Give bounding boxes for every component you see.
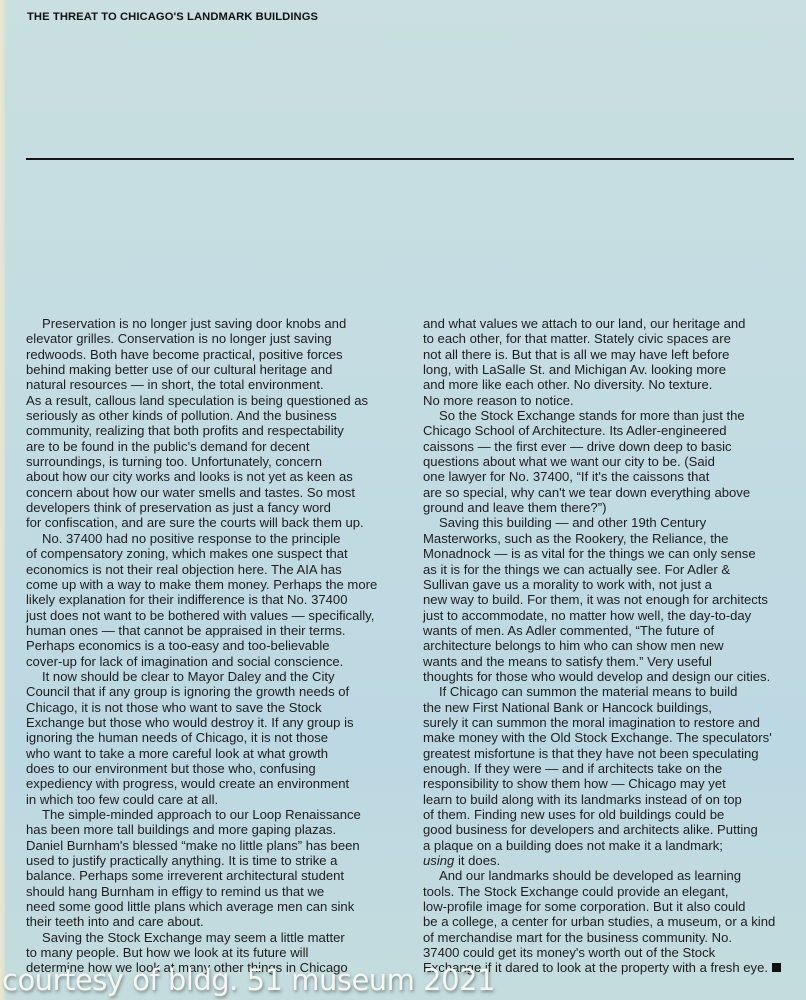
text-fragment: human ones — that cannot be appraised in…: [26, 623, 346, 638]
text-line: balance. Perhaps some irreverent archite…: [26, 868, 398, 883]
text-fragment: as it is for the things we can actually …: [423, 562, 730, 577]
paragraph-start-line: No. 37400 had no positive response to th…: [26, 531, 398, 546]
text-line: wants and the means to satisfy them.” Ve…: [423, 654, 795, 669]
text-line: make money with the Old Stock Exchange. …: [423, 730, 795, 745]
end-of-article-square-icon: [772, 963, 781, 972]
text-fragment: Saving this building — and other 19th Ce…: [439, 515, 706, 530]
text-fragment: are to be found in the public's demand f…: [26, 439, 309, 454]
text-fragment: behind making better use of our cultural…: [26, 362, 332, 377]
text-line: concern about how our water smells and t…: [26, 485, 398, 500]
paragraph-start-line: It now should be clear to Mayor Daley an…: [26, 669, 398, 684]
text-fragment: has been more tall buildings and more ga…: [26, 822, 336, 837]
text-line: of merchandise mart for the business com…: [423, 930, 795, 945]
text-line: Monadnock — is as vital for the things w…: [423, 546, 795, 561]
text-fragment: Exchange but those who would destroy it.…: [26, 715, 354, 730]
paragraph-start-line: Saving this building — and other 19th Ce…: [423, 515, 795, 530]
paragraph-start-line: The simple-minded approach to our Loop R…: [26, 807, 398, 822]
text-fragment: Perhaps economics is a too-easy and too-…: [26, 638, 330, 653]
text-fragment: community, realizing that both profits a…: [26, 423, 344, 438]
text-line: surroundings, is turning too. Unfortunat…: [26, 454, 398, 469]
text-fragment: not all there is. But that is all we may…: [423, 347, 729, 362]
text-line: of compensatory zoning, which makes one …: [26, 546, 398, 561]
text-fragment: who want to take a more careful look at …: [26, 746, 328, 761]
text-line: about how our city works and looks is no…: [26, 469, 398, 484]
text-line: community, realizing that both profits a…: [26, 423, 398, 438]
text-line: likely explanation for their indifferenc…: [26, 592, 398, 607]
text-fragment: the new First National Bank or Hancock b…: [423, 700, 712, 715]
text-line: new way to build. For them, it was not e…: [423, 592, 795, 607]
text-fragment: and more like each other. No diversity. …: [423, 377, 712, 392]
text-fragment: Monadnock — is as vital for the things w…: [423, 546, 756, 561]
text-line: the new First National Bank or Hancock b…: [423, 700, 795, 715]
text-line: does to our environment but those who, c…: [26, 761, 398, 776]
text-fragment: tools. The Stock Exchange could provide …: [423, 884, 728, 899]
text-line: for confiscation, and are sure the court…: [26, 515, 398, 530]
text-fragment: Council that if any group is ignoring th…: [26, 684, 349, 699]
text-fragment: to each other, for that matter. Stately …: [423, 331, 731, 346]
article-column-right: and what values we attach to our land, o…: [423, 316, 795, 976]
text-fragment: Saving the Stock Exchange may seem a lit…: [42, 930, 345, 945]
text-fragment: architecture belongs to him who can show…: [423, 638, 724, 653]
text-fragment: balance. Perhaps some irreverent archite…: [26, 868, 344, 883]
text-fragment: enough. If they were — and if architects…: [423, 761, 722, 776]
text-fragment: surroundings, is turning too. Unfortunat…: [26, 454, 322, 469]
text-fragment: just to accommodate, no matter how well,…: [423, 608, 751, 623]
text-fragment: be a college, a center for urban studies…: [423, 914, 775, 929]
text-line: and more like each other. No diversity. …: [423, 377, 795, 392]
text-fragment: responsibility to show them how — Chicag…: [423, 776, 726, 791]
text-line: greatest misfortune is that they have no…: [423, 746, 795, 761]
text-fragment: economics is not their real objection he…: [26, 562, 342, 577]
text-line: surely it can summon the moral imaginati…: [423, 715, 795, 730]
page-edge: [0, 0, 6, 1000]
text-line: developers think of preservation as just…: [26, 500, 398, 515]
text-fragment: used to justify practically anything. It…: [26, 853, 337, 868]
text-fragment: one lawyer for No. 37400, “If it's the c…: [423, 469, 709, 484]
text-line: Masterworks, such as the Rookery, the Re…: [423, 531, 795, 546]
text-line: As a result, callous land speculation is…: [26, 393, 398, 408]
text-fragment: thoughts for those who would develop and…: [423, 669, 770, 684]
watermark-credit: courtesy of bldg. 51 museum 2021: [2, 963, 495, 997]
text-line: are so special, why can't we tear down e…: [423, 485, 795, 500]
text-line: Chicago, it is not those who want to sav…: [26, 700, 398, 715]
paragraph-start-line: Preservation is no longer just saving do…: [26, 316, 398, 331]
text-fragment: come up with a way to make them money. P…: [26, 577, 377, 592]
text-line: Daniel Burnham's blessed “make no little…: [26, 838, 398, 853]
text-line: cover-up for lack of imagination and soc…: [26, 654, 398, 669]
text-fragment: Chicago School of Architecture. Its Adle…: [423, 423, 727, 438]
text-line: economics is not their real objection he…: [26, 562, 398, 577]
text-line: behind making better use of our cultural…: [26, 362, 398, 377]
text-fragment: If Chicago can summon the material means…: [439, 684, 737, 699]
text-fragment: likely explanation for their indifferenc…: [26, 592, 347, 607]
text-line: thoughts for those who would develop and…: [423, 669, 795, 684]
text-line: Council that if any group is ignoring th…: [26, 684, 398, 699]
text-line: should hang Burnham in effigy to remind …: [26, 884, 398, 899]
text-fragment: 37400 could get its money's worth out of…: [423, 945, 715, 960]
text-line: Exchange but those who would destroy it.…: [26, 715, 398, 730]
text-line: a plaque on a building does not make it …: [423, 838, 795, 853]
text-fragment: It now should be clear to Mayor Daley an…: [42, 669, 335, 684]
text-line: and what values we attach to our land, o…: [423, 316, 795, 331]
text-line: long, with LaSalle St. and Michigan Av. …: [423, 362, 795, 377]
text-line: to many people. But how we look at its f…: [26, 945, 398, 960]
text-fragment: in which too few could care at all.: [26, 792, 218, 807]
text-fragment: Sullivan gave us a morality to work with…: [423, 577, 712, 592]
text-line: be a college, a center for urban studies…: [423, 914, 795, 929]
text-line: expediency with progress, would create a…: [26, 776, 398, 791]
emphasis: using: [423, 853, 454, 868]
horizontal-rule: [26, 158, 794, 160]
text-fragment: just does not want to be bothered with v…: [26, 608, 374, 623]
text-fragment: questions about what we want our city to…: [423, 454, 715, 469]
text-fragment: need some good little plans which averag…: [26, 899, 354, 914]
text-line: just does not want to be bothered with v…: [26, 608, 398, 623]
text-fragment: As a result, callous land speculation is…: [26, 393, 368, 408]
text-fragment: of merchandise mart for the business com…: [423, 930, 732, 945]
text-line: learn to build along with its landmarks …: [423, 792, 795, 807]
text-fragment: new way to build. For them, it was not e…: [423, 592, 768, 607]
text-line: who want to take a more careful look at …: [26, 746, 398, 761]
text-line: good business for developers and archite…: [423, 822, 795, 837]
text-line: enough. If they were — and if architects…: [423, 761, 795, 776]
text-fragment: cover-up for lack of imagination and soc…: [26, 654, 343, 669]
paragraph-start-line: So the Stock Exchange stands for more th…: [423, 408, 795, 423]
text-fragment: greatest misfortune is that they have no…: [423, 746, 759, 761]
text-fragment: seriously as other kinds of pollution. A…: [26, 408, 337, 423]
text-fragment: concern about how our water smells and t…: [26, 485, 355, 500]
text-fragment: of them. Finding new uses for old buildi…: [423, 807, 724, 822]
text-line: low-profile image for some corporation. …: [423, 899, 795, 914]
text-fragment: about how our city works and looks is no…: [26, 469, 353, 484]
text-fragment: elevator grilles. Conservation is no lon…: [26, 331, 332, 346]
text-fragment: and what values we attach to our land, o…: [423, 316, 745, 331]
text-fragment: a plaque on a building does not make it …: [423, 838, 723, 853]
text-fragment: So the Stock Exchange stands for more th…: [439, 408, 745, 423]
text-fragment: low-profile image for some corporation. …: [423, 899, 745, 914]
text-line: caissons — the first ever — drive down d…: [423, 439, 795, 454]
text-line: in which too few could care at all.: [26, 792, 398, 807]
text-line: seriously as other kinds of pollution. A…: [26, 408, 398, 423]
text-fragment: ground and leave them there?”): [423, 500, 606, 515]
text-fragment: Daniel Burnham's blessed “make no little…: [26, 838, 360, 853]
text-fragment: No more reason to notice.: [423, 393, 574, 408]
text-fragment: expediency with progress, would create a…: [26, 776, 349, 791]
text-fragment: their teeth into and care about.: [26, 914, 204, 929]
paragraph-start-line: Saving the Stock Exchange may seem a lit…: [26, 930, 398, 945]
text-fragment: are so special, why can't we tear down e…: [423, 485, 750, 500]
text-line: ground and leave them there?”): [423, 500, 795, 515]
text-fragment: ignoring the human needs of Chicago, it …: [26, 730, 328, 745]
text-line: natural resources — in short, the total …: [26, 377, 398, 392]
text-fragment: wants and the means to satisfy them.” Ve…: [423, 654, 712, 669]
text-line: Perhaps economics is a too-easy and too-…: [26, 638, 398, 653]
text-line: not all there is. But that is all we may…: [423, 347, 795, 362]
text-line: elevator grilles. Conservation is no lon…: [26, 331, 398, 346]
text-line: responsibility to show them how — Chicag…: [423, 776, 795, 791]
text-fragment: for confiscation, and are sure the court…: [26, 515, 364, 530]
text-fragment: long, with LaSalle St. and Michigan Av. …: [423, 362, 726, 377]
text-fragment: surely it can summon the moral imaginati…: [423, 715, 760, 730]
text-fragment: Masterworks, such as the Rookery, the Re…: [423, 531, 728, 546]
text-fragment: should hang Burnham in effigy to remind …: [26, 884, 324, 899]
text-line: Chicago School of Architecture. Its Adle…: [423, 423, 795, 438]
text-fragment: wants of men. As Adler commented, “The f…: [423, 623, 714, 638]
text-fragment: developers think of preservation as just…: [26, 500, 331, 515]
article-column-left: Preservation is no longer just saving do…: [26, 316, 398, 976]
text-fragment: of compensatory zoning, which makes one …: [26, 546, 348, 561]
text-fragment: learn to build along with its landmarks …: [423, 792, 742, 807]
text-line: tools. The Stock Exchange could provide …: [423, 884, 795, 899]
text-fragment: And our landmarks should be developed as…: [439, 868, 741, 883]
text-line: are to be found in the public's demand f…: [26, 439, 398, 454]
text-fragment: caissons — the first ever — drive down d…: [423, 439, 732, 454]
text-line: of them. Finding new uses for old buildi…: [423, 807, 795, 822]
text-fragment: natural resources — in short, the total …: [26, 377, 324, 392]
text-line: redwoods. Both have become practical, po…: [26, 347, 398, 362]
text-fragment: No. 37400 had no positive response to th…: [42, 531, 340, 546]
text-fragment: Preservation is no longer just saving do…: [42, 316, 346, 331]
text-line: one lawyer for No. 37400, “If it's the c…: [423, 469, 795, 484]
text-fragment: good business for developers and archite…: [423, 822, 758, 837]
text-fragment: make money with the Old Stock Exchange. …: [423, 730, 772, 745]
text-fragment: to many people. But how we look at its f…: [26, 945, 308, 960]
text-line: ignoring the human needs of Chicago, it …: [26, 730, 398, 745]
text-line: used to justify practically anything. It…: [26, 853, 398, 868]
text-fragment: redwoods. Both have become practical, po…: [26, 347, 343, 362]
text-line: come up with a way to make them money. P…: [26, 577, 398, 592]
text-line: human ones — that cannot be appraised in…: [26, 623, 398, 638]
text-line: to each other, for that matter. Stately …: [423, 331, 795, 346]
text-line: 37400 could get its money's worth out of…: [423, 945, 795, 960]
text-fragment: it does.: [458, 853, 500, 868]
text-line: their teeth into and care about.: [26, 914, 398, 929]
text-line: No more reason to notice.: [423, 393, 795, 408]
text-line: as it is for the things we can actually …: [423, 562, 795, 577]
text-line: just to accommodate, no matter how well,…: [423, 608, 795, 623]
paragraph-start-line: If Chicago can summon the material means…: [423, 684, 795, 699]
running-header: THE THREAT TO CHICAGO'S LANDMARK BUILDIN…: [27, 11, 318, 23]
text-line: has been more tall buildings and more ga…: [26, 822, 398, 837]
text-line: using it does.: [423, 853, 795, 868]
text-fragment: does to our environment but those who, c…: [26, 761, 316, 776]
text-line: Sullivan gave us a morality to work with…: [423, 577, 795, 592]
text-fragment: Chicago, it is not those who want to sav…: [26, 700, 322, 715]
text-line: architecture belongs to him who can show…: [423, 638, 795, 653]
text-line: questions about what we want our city to…: [423, 454, 795, 469]
text-line: wants of men. As Adler commented, “The f…: [423, 623, 795, 638]
text-line: need some good little plans which averag…: [26, 899, 398, 914]
text-fragment: The simple-minded approach to our Loop R…: [42, 807, 361, 822]
paragraph-start-line: And our landmarks should be developed as…: [423, 868, 795, 883]
